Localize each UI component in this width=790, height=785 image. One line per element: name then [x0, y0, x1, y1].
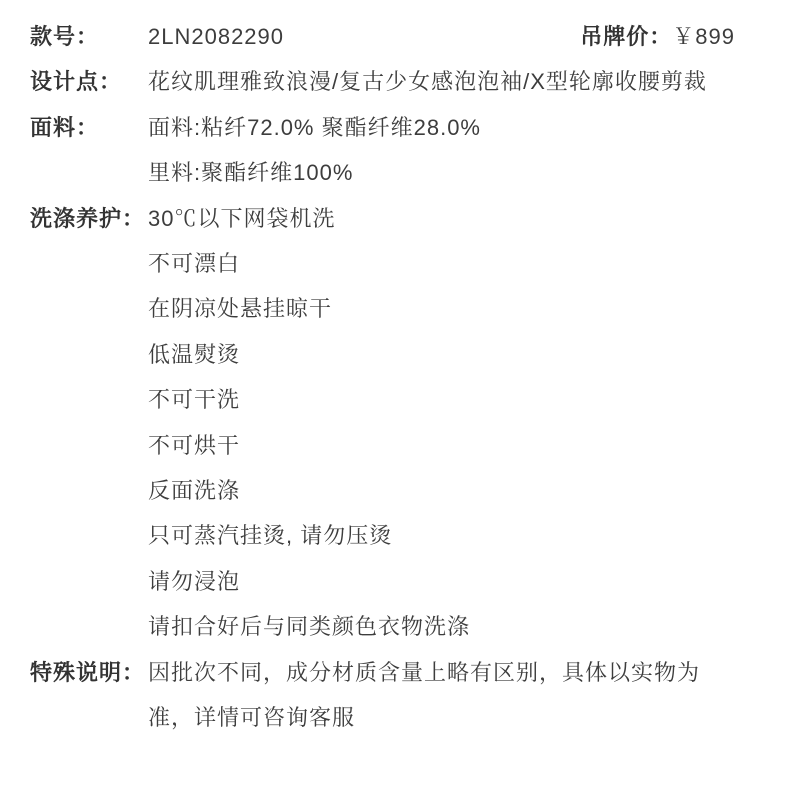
care-line: 请扣合好后与同类颜色衣物洗涤 [148, 604, 760, 649]
care-row: 不可干洗 [30, 377, 760, 422]
fabric-shell-value: 面料:粘纤72.0% 聚酯纤维28.0% [148, 105, 760, 150]
special-notes-row: 特殊说明： 因批次不同，成分材质含量上略有区别，具体以实物为准，详情可咨询客服 [30, 650, 760, 741]
design-points-value: 花纹肌理雅致浪漫/复古少女感泡泡袖/X型轮廓收腰剪裁 [148, 59, 760, 104]
tag-price-value: ￥899 [672, 24, 735, 49]
care-line: 不可烘干 [148, 423, 760, 468]
care-row: 请勿浸泡 [30, 559, 760, 604]
care-line: 低温熨烫 [148, 332, 760, 377]
care-line: 不可干洗 [148, 377, 760, 422]
care-row: 洗涤养护： 30℃以下网袋机洗 [30, 196, 760, 241]
care-row: 只可蒸汽挂烫, 请勿压烫 [30, 513, 760, 558]
care-row: 低温熨烫 [30, 332, 760, 377]
care-line: 反面洗涤 [148, 468, 760, 513]
care-line: 请勿浸泡 [148, 559, 760, 604]
special-notes-label: 特殊说明： [30, 650, 148, 695]
style-number-row: 款号： 2LN2082290 吊牌价：￥899 [30, 14, 760, 59]
care-line: 不可漂白 [148, 241, 760, 286]
style-number-label: 款号： [30, 14, 148, 59]
care-row: 反面洗涤 [30, 468, 760, 513]
care-row: 请扣合好后与同类颜色衣物洗涤 [30, 604, 760, 649]
care-row: 不可漂白 [30, 241, 760, 286]
tag-price-label: 吊牌价： [580, 24, 672, 49]
care-line: 在阴凉处悬挂晾干 [148, 286, 760, 331]
care-row: 在阴凉处悬挂晾干 [30, 286, 760, 331]
tag-price: 吊牌价：￥899 [580, 14, 735, 59]
style-number-value: 2LN2082290 [148, 14, 580, 59]
fabric-label: 面料： [30, 105, 148, 150]
design-points-label: 设计点： [30, 59, 148, 104]
care-line: 30℃以下网袋机洗 [148, 196, 760, 241]
special-notes-value: 因批次不同，成分材质含量上略有区别，具体以实物为准，详情可咨询客服 [148, 650, 740, 741]
lining-row: 里料:聚酯纤维100% [30, 150, 760, 195]
care-row: 不可烘干 [30, 423, 760, 468]
care-label: 洗涤养护： [30, 196, 148, 241]
care-line: 只可蒸汽挂烫, 请勿压烫 [148, 513, 760, 558]
design-points-row: 设计点： 花纹肌理雅致浪漫/复古少女感泡泡袖/X型轮廓收腰剪裁 [30, 59, 760, 104]
fabric-lining-value: 里料:聚酯纤维100% [148, 150, 760, 195]
fabric-row: 面料： 面料:粘纤72.0% 聚酯纤维28.0% [30, 105, 760, 150]
product-spec-sheet: 款号： 2LN2082290 吊牌价：￥899 设计点： 花纹肌理雅致浪漫/复古… [0, 0, 790, 785]
